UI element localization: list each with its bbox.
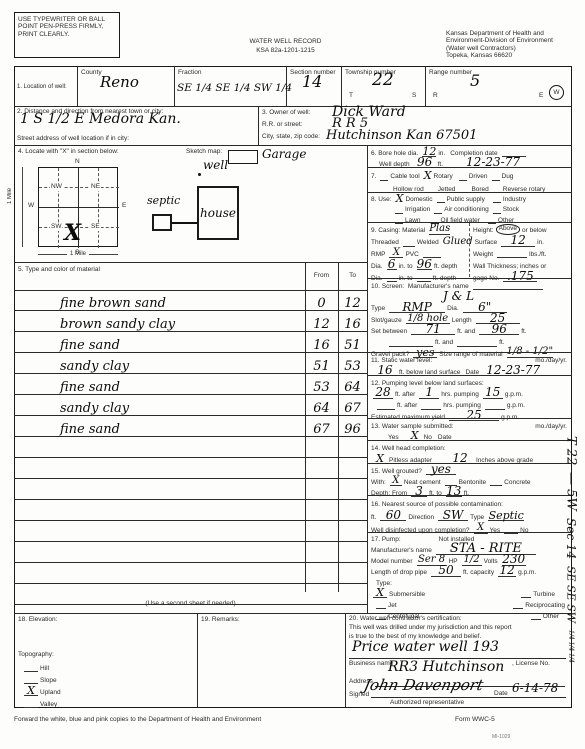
form-line: Set between71ft. and96ft. — [371, 325, 569, 336]
instruction-box: USE TYPEWRITER OR BALL POINT PEN-PRESS F… — [14, 12, 120, 58]
range-prefix: R — [433, 92, 438, 99]
business-name-label: Business name — [349, 660, 393, 667]
topography-items: HillSlopeXUplandValley — [22, 661, 142, 709]
agency-line: Environment-Division of Environment — [446, 37, 553, 44]
topography-label: Topography: — [18, 651, 54, 658]
printed-label: ft. after — [395, 391, 415, 398]
address-value: RR3 Hutchinson — [388, 661, 504, 674]
license-number-label: , License No. — [512, 660, 550, 667]
printed-label: Submersible — [389, 591, 425, 598]
section4-label: 4. Locate with "X" in section below: — [18, 148, 119, 155]
instruction-line-3: PRINT CLEARLY. — [18, 31, 114, 38]
segment-group: ThreadedWeldedGlued — [371, 238, 475, 247]
blank-line — [521, 592, 531, 598]
owner-city-value: Hutchinson Kan 67501 — [326, 130, 477, 142]
blank-line — [24, 666, 38, 672]
compass-e: E — [122, 202, 126, 209]
blank-line — [459, 175, 467, 181]
handwritten-entry: Plas — [429, 225, 450, 235]
printed-label: 6. Bore hole dia. — [371, 150, 418, 157]
fraction-value: SE 1/4 SE 1/4 SW 1/4 — [177, 84, 292, 93]
section-16-contamination: 16. Nearest source of possible contamina… — [367, 495, 572, 532]
form-line: 15. Well grouted?yes — [371, 465, 569, 476]
sketch-garage-label: Garage — [262, 149, 306, 160]
margin-note: SE SE SW — [565, 566, 578, 623]
material-row — [14, 521, 367, 542]
printed-label: Type — [371, 305, 385, 312]
form-line: Type: — [371, 578, 569, 589]
blank-line — [513, 603, 523, 609]
sketch-septic-label: septic — [147, 196, 180, 206]
mile-scale-vertical-line — [22, 167, 23, 247]
handwritten-entry: J & L — [443, 291, 474, 301]
mile-scale-vertical-label: 1 Mile — [7, 188, 13, 204]
printed-label: ft. and — [457, 328, 475, 335]
handwritten-entry: 1/2 — [462, 556, 482, 566]
printed-label: hrs. pumping — [441, 391, 479, 398]
printed-label: Direction — [408, 514, 434, 521]
blank-line — [497, 252, 527, 258]
handwritten-entry: RMP — [389, 302, 445, 313]
form-line: IrrigationAir conditioningStock — [371, 204, 569, 214]
depth-to: 51 — [338, 339, 367, 352]
printed-label: ft. — [499, 339, 504, 346]
owner-label: 3. Owner of well: — [262, 109, 310, 116]
printed-label: g.p.m. — [505, 391, 523, 398]
printed-label: Public supply — [447, 196, 485, 203]
distribution-note: Forward the white, blue and pink copies … — [14, 716, 261, 723]
agency-line: Topeka, Kansas 66620 — [446, 52, 553, 59]
street-address-label: Street address of well location if in ci… — [17, 135, 129, 142]
print-code: MI-1029 — [492, 735, 510, 741]
printed-label: Threaded — [371, 239, 399, 246]
blank-line — [24, 702, 38, 708]
blank-line — [380, 175, 388, 181]
form-line: Slot/gauze1/8 holeLength25 — [371, 314, 569, 325]
signature-value: John Davenport — [363, 679, 485, 693]
printed-label: With: — [371, 479, 386, 486]
sub-column-divider — [469, 223, 470, 277]
blank-line — [493, 208, 501, 214]
printed-label: Dug — [502, 173, 514, 180]
segment-group: Dia.6in. to96ft. depth — [371, 259, 473, 270]
printed-label: Domestic — [405, 196, 432, 203]
section-7-drill-method: 7.Cable toolXRotaryDrivenDugHollow rodJe… — [367, 167, 572, 192]
depth-to: 53 — [338, 360, 367, 373]
depth-to: 12 — [338, 297, 367, 310]
section-12-pumping-level: 12. Pumping level below land surfaces:28… — [367, 375, 572, 418]
topography-item: Valley — [22, 697, 142, 709]
form-line: 14. Well head completion: — [371, 442, 569, 454]
county-value: Reno — [100, 76, 139, 90]
blank-line — [403, 241, 415, 247]
printed-label: ft. — [521, 328, 526, 335]
depth-from: 67 — [305, 423, 338, 436]
blank-line — [493, 197, 501, 203]
water-well-record-form: USE TYPEWRITER OR BALL POINT PEN-PRESS F… — [0, 0, 585, 749]
material-row: sandy clay5153 — [14, 353, 367, 374]
material-description: sandy clay — [14, 360, 305, 373]
blank-line — [434, 208, 442, 214]
blank-line — [473, 284, 543, 290]
printed-label: ft. — [371, 514, 376, 521]
blank-line — [437, 197, 445, 203]
form-line: JetReciprocating — [371, 599, 569, 610]
material-row: fine brown sand012 — [14, 290, 367, 311]
form-line: ThreadedWeldedGluedSurface12in. — [371, 236, 569, 248]
margin-note: — 5W — [564, 472, 579, 511]
printed-label: Length — [452, 317, 472, 324]
printed-label: in. — [438, 150, 445, 157]
handwritten-entry: 6 — [387, 259, 397, 270]
printed-label: Volts — [484, 558, 498, 565]
mile-scale-horizontal: 1 Mile — [38, 251, 118, 257]
topography-item: XUpland — [22, 685, 142, 697]
form-line: 12. Pumping level below land surfaces: — [371, 377, 569, 388]
range-value: 5 — [470, 74, 480, 88]
printed-label: Bentonite — [459, 479, 486, 486]
section-number-value: 14 — [302, 75, 322, 89]
date-value: 6-14-78 — [512, 683, 558, 694]
township-value: 22 — [372, 73, 394, 88]
printed-label: ft. and — [435, 339, 453, 346]
handwritten-entry: 96 — [417, 259, 432, 270]
range-west-option: W — [553, 89, 559, 96]
material-row — [14, 563, 367, 584]
mile-scale-vertical: 1 Mile — [7, 188, 13, 209]
sketch-house-label: house — [200, 208, 236, 218]
authorized-representative-label: Authorized representative — [390, 699, 464, 706]
blank-line — [492, 175, 500, 181]
agency-address: Kansas Department of Health and Environm… — [446, 30, 555, 60]
materials-rows: fine brown sand012brown sandy clay1216fi… — [14, 290, 367, 605]
range-east-option: E — [539, 92, 543, 99]
handwritten-entry: X — [373, 588, 387, 598]
handwritten-entry: 1 — [419, 387, 439, 398]
material-row: fine sand1651 — [14, 332, 367, 353]
material-description: fine sand — [14, 381, 305, 394]
township-prefix: T — [349, 92, 353, 99]
handwritten-entry: 71 — [411, 324, 455, 335]
printed-label: Concrete — [504, 479, 530, 486]
blank-line — [395, 208, 403, 214]
printed-label: 9. Casing: Material — [371, 227, 425, 234]
printed-label: 15. Well grouted? — [371, 468, 422, 475]
compass-w: W — [28, 202, 34, 209]
topography-option-label: Slope — [40, 677, 57, 684]
handwritten-entry: Septic — [488, 511, 524, 521]
printed-label: Type — [470, 514, 484, 521]
handwritten-entry: 12 — [501, 235, 535, 246]
form-line: With:XNeat cementBentoniteConcrete — [371, 476, 569, 487]
printed-label: ft. capacity — [463, 569, 494, 576]
printed-label: 17. Pump: — [371, 536, 401, 543]
depth-from: 0 — [305, 297, 338, 310]
instruction-line-2: POINT PEN-PRESS FIRMLY, — [18, 23, 114, 30]
printed-label: Cable tool — [390, 173, 419, 180]
form-line: 7.Cable toolXRotaryDrivenDug — [371, 169, 569, 182]
sketch-garage-box — [228, 150, 258, 164]
material-row: fine sand6796 — [14, 416, 367, 437]
form-line: Model numberSer 8HP1/2Volts230 — [371, 556, 569, 567]
printed-label: Length of drop pipe — [371, 569, 427, 576]
depth-from: 53 — [305, 381, 338, 394]
fraction-label: Fraction — [178, 69, 201, 76]
section-9-casing: 9. Casing: MaterialPlasHeight:Aboveor be… — [367, 222, 572, 278]
handwritten-entry: 12 — [498, 565, 516, 576]
printed-label: Surface — [475, 239, 497, 246]
printed-label: ft. after — [397, 402, 417, 409]
printed-label: Other — [543, 613, 559, 620]
margin-note: Sec 14 — [564, 518, 578, 559]
material-row: brown sandy clay1216 — [14, 311, 367, 332]
section-11-static-water-level: 11. Static water level:mo./day/yr.16ft. … — [367, 352, 572, 375]
form-line: 28ft. after1hrs. pumping15g.p.m. — [371, 388, 569, 399]
materials-label: 5. Type and color of material — [18, 266, 100, 273]
printed-label: Set between — [371, 328, 407, 335]
printed-label: Weight — [473, 251, 493, 258]
handwritten-entry: yes — [426, 464, 456, 475]
material-row: sandy clay6467 — [14, 395, 367, 416]
printed-label: Driven — [469, 173, 488, 180]
material-row — [14, 542, 367, 563]
section-13-water-sample: 13. Water sample submitted:mo./day/yr.Ye… — [367, 418, 572, 440]
county-label: County — [81, 69, 102, 76]
owner-street-label: R.R. or street: — [262, 121, 302, 128]
material-row — [14, 500, 367, 521]
margin-note: 1/4 1/4 1/4 — [568, 630, 575, 663]
margin-notes: T 22— 5WSec 14SE SE SW1/4 1/4 1/4 — [559, 436, 583, 663]
material-description: fine sand — [14, 423, 305, 436]
quadrant-ne: NE — [90, 184, 101, 191]
certification-statement-1: This well was drilled under my jurisdict… — [349, 624, 512, 631]
depth-to: 16 — [338, 318, 367, 331]
section-14-well-head: 14. Well head completion:XPitless adapte… — [367, 440, 572, 463]
handwritten-entry: 60 — [380, 510, 406, 521]
printed-label: Stock — [503, 206, 519, 213]
form-line: 13. Water sample submitted:mo./day/yr. — [371, 420, 569, 431]
sketch-well-dot — [198, 173, 201, 176]
printed-label: Industry — [503, 196, 526, 203]
quadrant-se: SE — [90, 224, 101, 231]
topography-option-label: Valley — [40, 701, 57, 708]
printed-label: Height: — [473, 227, 494, 234]
section-17-pump: 17. Pump:Not installedManufacturer's nam… — [367, 532, 572, 613]
depth-from: 64 — [305, 402, 338, 415]
section-10-screen: 10. Screen: Manufacturer's nameJ & LType… — [367, 278, 572, 352]
distance-value: 1 S 1/2 E Medora Kan. — [20, 113, 181, 126]
printed-label: Dia. — [371, 263, 383, 270]
blank-line — [421, 404, 441, 410]
material-row — [14, 479, 367, 500]
printed-label: lbs./ft. — [529, 251, 546, 258]
section-6-bore-hole: 6. Bore hole dia.12in.Completion dateWel… — [367, 145, 572, 167]
material-description: brown sandy clay — [14, 318, 305, 331]
printed-label: Turbine — [533, 591, 555, 598]
material-row — [14, 437, 367, 458]
form-number: Form WWC-5 — [455, 716, 495, 723]
compass-n: N — [75, 158, 80, 165]
sketch-map-label: Sketch map: — [186, 148, 222, 155]
quadrant-nw: NW — [50, 184, 63, 191]
printed-label: Slot/gauze — [371, 317, 402, 324]
depth-from: 16 — [305, 339, 338, 352]
agency-line: Kansas Department of Health and — [446, 30, 553, 37]
printed-label: 7. — [371, 173, 376, 180]
check-x-mark: X — [24, 686, 38, 696]
township-suffix: S — [412, 92, 416, 99]
location-label: 1. Location of well: — [17, 84, 67, 91]
depth-from: 12 — [305, 318, 338, 331]
range-label: Range number — [429, 69, 472, 76]
sketch-connector-line — [172, 222, 197, 224]
agency-line: (Water well Contractors) — [446, 45, 553, 52]
remarks-label: 19. Remarks: — [201, 616, 240, 623]
blank-line — [490, 480, 502, 486]
printed-label: in. to — [399, 263, 413, 270]
handwritten-entry: 50 — [431, 565, 461, 576]
topography-item: Slope — [22, 673, 142, 685]
blank-line — [377, 404, 395, 410]
material-description: sandy clay — [14, 402, 305, 415]
section-15-grouting: 15. Well grouted?yesWith:XNeat cementBen… — [367, 463, 572, 495]
sketch-well-label: well — [203, 160, 228, 171]
handwritten-entry: SW — [438, 510, 468, 521]
printed-label: ft. depth — [434, 263, 458, 270]
printed-label: Rotary — [434, 173, 453, 180]
material-row: fine sand5364 — [14, 374, 367, 395]
printed-label: g.p.m. — [507, 402, 525, 409]
printed-label: Model number — [371, 558, 413, 565]
right-column: 6. Bore hole dia.12in.Completion dateWel… — [367, 145, 572, 613]
printed-label: Jet — [388, 602, 397, 609]
from-column-header: From — [305, 272, 338, 279]
signed-label: Signed — [349, 691, 369, 698]
page-title: WATER WELL RECORD — [228, 38, 343, 45]
printed-label: Dia. — [447, 305, 459, 312]
form-line: 9. Casing: MaterialPlasHeight:Aboveor be… — [371, 224, 569, 236]
printed-label: Air conditioning — [444, 206, 488, 213]
handwritten-entry: X — [396, 194, 404, 203]
handwritten-entry: X — [424, 171, 432, 180]
owner-city-label: City, state, zip code: — [262, 133, 320, 140]
depth-from: 51 — [305, 360, 338, 373]
form-line: TypeRMPDia.6" — [371, 303, 569, 314]
depth-to: 67 — [338, 402, 367, 415]
blank-line — [376, 603, 386, 609]
to-column-header: To — [338, 272, 367, 279]
printed-label: mo./day/yr. — [535, 423, 567, 430]
printed-label: in. — [537, 239, 544, 246]
handwritten-entry: 15 — [483, 387, 503, 398]
instruction-line-1: USE TYPEWRITER OR BALL — [18, 16, 114, 23]
printed-label: g.p.m. — [518, 569, 536, 576]
form-line: ft.60DirectionSWTypeSeptic — [371, 510, 569, 523]
section-8-use: 8. Use:XDomesticPublic supplyIndustryIrr… — [367, 192, 572, 222]
printed-label: 8. Use: — [371, 196, 392, 203]
form-line: Length of drop pipe50ft. capacity12g.p.m… — [371, 567, 569, 578]
segment-group: 9. Casing: MaterialPlas — [371, 225, 473, 235]
range-west-circled: W — [549, 85, 564, 100]
form-line: XSubmersibleTurbine — [371, 588, 569, 599]
material-row — [14, 458, 367, 479]
topography-option-label: Upland — [40, 689, 61, 696]
depth-to: 96 — [338, 423, 367, 436]
handwritten-entry: 28 — [373, 387, 393, 398]
form-line: Dia.6in. to96ft. depthWall Thickness; in… — [371, 259, 569, 271]
printed-label: Welded — [417, 239, 439, 246]
margin-note: T 22 — [564, 436, 579, 465]
printed-label: Irrigation — [405, 206, 430, 213]
elevation-label: 18. Elevation: — [18, 616, 57, 623]
quadrant-sw: SW — [50, 224, 62, 231]
printed-label: RMP — [371, 251, 385, 258]
form-line: RMPXPVCWeightlbs./ft. — [371, 248, 569, 260]
mile-scale-horizontal-label: 1 Mile — [67, 251, 89, 257]
well-location-x-mark: X — [64, 224, 81, 244]
material-description: fine brown sand — [14, 297, 305, 310]
statute-number: KSA 82a-1201-1215 — [228, 47, 343, 54]
business-name-value: Price water well 193 — [352, 641, 499, 654]
topography-item: Hill — [22, 661, 142, 673]
blank-line — [531, 614, 541, 620]
topography-option-label: Hill — [40, 665, 49, 672]
handwritten-entry: X — [390, 477, 402, 487]
handwritten-entry: 96 — [479, 324, 519, 335]
material-description: fine sand — [14, 339, 305, 352]
depth-to: 64 — [338, 381, 367, 394]
form-line: 8. Use:XDomesticPublic supplyIndustry — [371, 194, 569, 204]
use-second-sheet-note: (Use a second sheet if needed) — [14, 600, 367, 607]
sketch-septic-box — [152, 214, 172, 231]
sketch-house-box: house — [197, 186, 239, 240]
blank-line — [457, 341, 497, 347]
certification-label: 20. Water well contractor's certificatio… — [349, 615, 462, 622]
